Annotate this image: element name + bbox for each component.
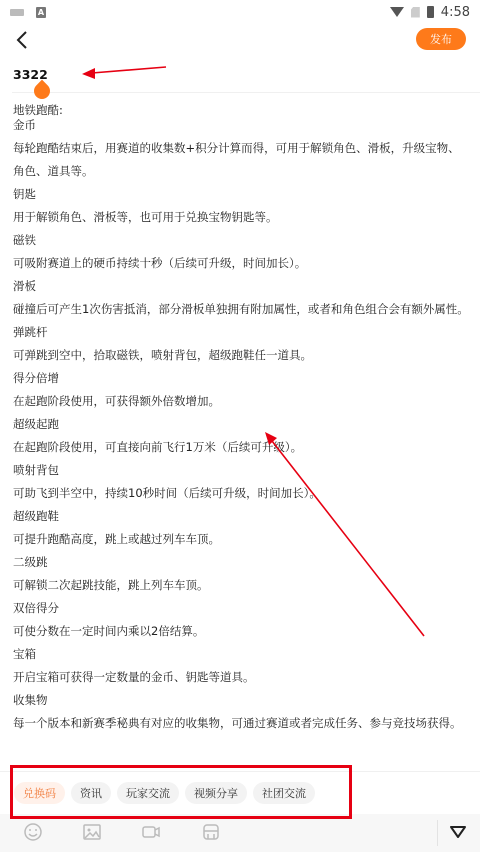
post-body-editor[interactable]: 地铁跑酷: 金币 每轮跑酷结束后，用赛道的收集数+积分计算而得，可用于解锁角色、…: [13, 103, 473, 735]
body-line: 可提升跑酷高度，跳上或越过列车车顶。: [13, 528, 473, 551]
body-line: 二级跳: [13, 551, 473, 574]
chip-player-exchange[interactable]: 玩家交流: [117, 782, 179, 804]
body-line: 磁铁: [13, 229, 473, 252]
no-sim-icon: [411, 7, 420, 18]
body-line: 收集物: [13, 689, 473, 712]
status-left: A: [10, 7, 46, 18]
toolbar-separator: [437, 820, 438, 846]
notification-icon: [10, 9, 24, 16]
status-time: 4:58: [441, 5, 470, 20]
game-icon[interactable]: [201, 822, 221, 842]
header: 发布: [0, 24, 480, 58]
editor-toolbar: [0, 814, 480, 852]
wifi-icon: [390, 7, 404, 17]
battery-icon: [427, 6, 434, 18]
chip-video-share[interactable]: 视频分享: [185, 782, 247, 804]
text-cursor-handle[interactable]: [31, 80, 54, 103]
chip-club-exchange[interactable]: 社团交流: [253, 782, 315, 804]
body-line: 开启宝箱可获得一定数量的金币、钥匙等道具。: [13, 666, 473, 689]
body-line: 超级起跑: [13, 413, 473, 436]
topic-chips: 兑换码 资讯 玩家交流 视频分享 社团交流: [14, 782, 315, 804]
body-line: 得分倍增: [13, 367, 473, 390]
body-line: 宝箱: [13, 643, 473, 666]
body-line: 弹跳杆: [13, 321, 473, 344]
chips-divider: [0, 771, 480, 772]
emoji-icon[interactable]: [23, 822, 43, 842]
body-line: 可使分数在一定时间内乘以2倍结算。: [13, 620, 473, 643]
image-icon[interactable]: [82, 822, 102, 842]
body-line: 双倍得分: [13, 597, 473, 620]
video-icon[interactable]: [141, 822, 161, 842]
chip-news[interactable]: 资讯: [71, 782, 111, 804]
body-line: 钥匙: [13, 183, 473, 206]
body-line: 可弹跳到空中，拾取磁铁，喷射背包，超级跑鞋任一道具。: [13, 344, 473, 367]
triangle-down-icon[interactable]: [449, 824, 467, 840]
body-line: 每一个版本和新赛季秘典有对应的收集物，可通过赛道或者完成任务、参与竞技场获得。: [13, 712, 473, 735]
body-line: 在起跑阶段使用，可直接向前飞行1万米（后续可升级）。: [13, 436, 473, 459]
body-line: 碰撞后可产生1次伤害抵消，部分滑板单独拥有附加属性，或者和角色组合会有额外属性。: [13, 298, 473, 321]
arrow-head-icon: [82, 68, 95, 79]
body-line: 每轮跑酷结束后，用赛道的收集数+积分计算而得，可用于解锁角色、滑板，升级宝物、角…: [13, 137, 463, 183]
body-line: 金币: [13, 118, 473, 133]
body-line: 用于解锁角色、滑板等，也可用于兑换宝物钥匙等。: [13, 206, 473, 229]
body-line: 在起跑阶段使用，可获得额外倍数增加。: [13, 390, 473, 413]
back-button[interactable]: [12, 29, 34, 51]
a-app-icon: A: [36, 7, 46, 18]
chip-redeem-code[interactable]: 兑换码: [14, 782, 65, 804]
body-line: 喷射背包: [13, 459, 473, 482]
status-right: 4:58: [390, 5, 470, 20]
chevron-left-icon: [12, 29, 34, 51]
body-line: 地铁跑酷:: [13, 103, 473, 118]
body-line: 可助飞到半空中，持续10秒时间（后续可升级，时间加长）。: [13, 482, 473, 505]
body-line: 可吸附赛道上的硬币持续十秒（后续可升级，时间加长）。: [13, 252, 473, 275]
body-line: 滑板: [13, 275, 473, 298]
title-divider: [12, 92, 480, 93]
body-line: 超级跑鞋: [13, 505, 473, 528]
publish-button[interactable]: 发布: [416, 28, 466, 50]
body-line: 可解锁二次起跳技能，跳上列车车顶。: [13, 574, 473, 597]
status-bar: A 4:58: [0, 0, 480, 24]
